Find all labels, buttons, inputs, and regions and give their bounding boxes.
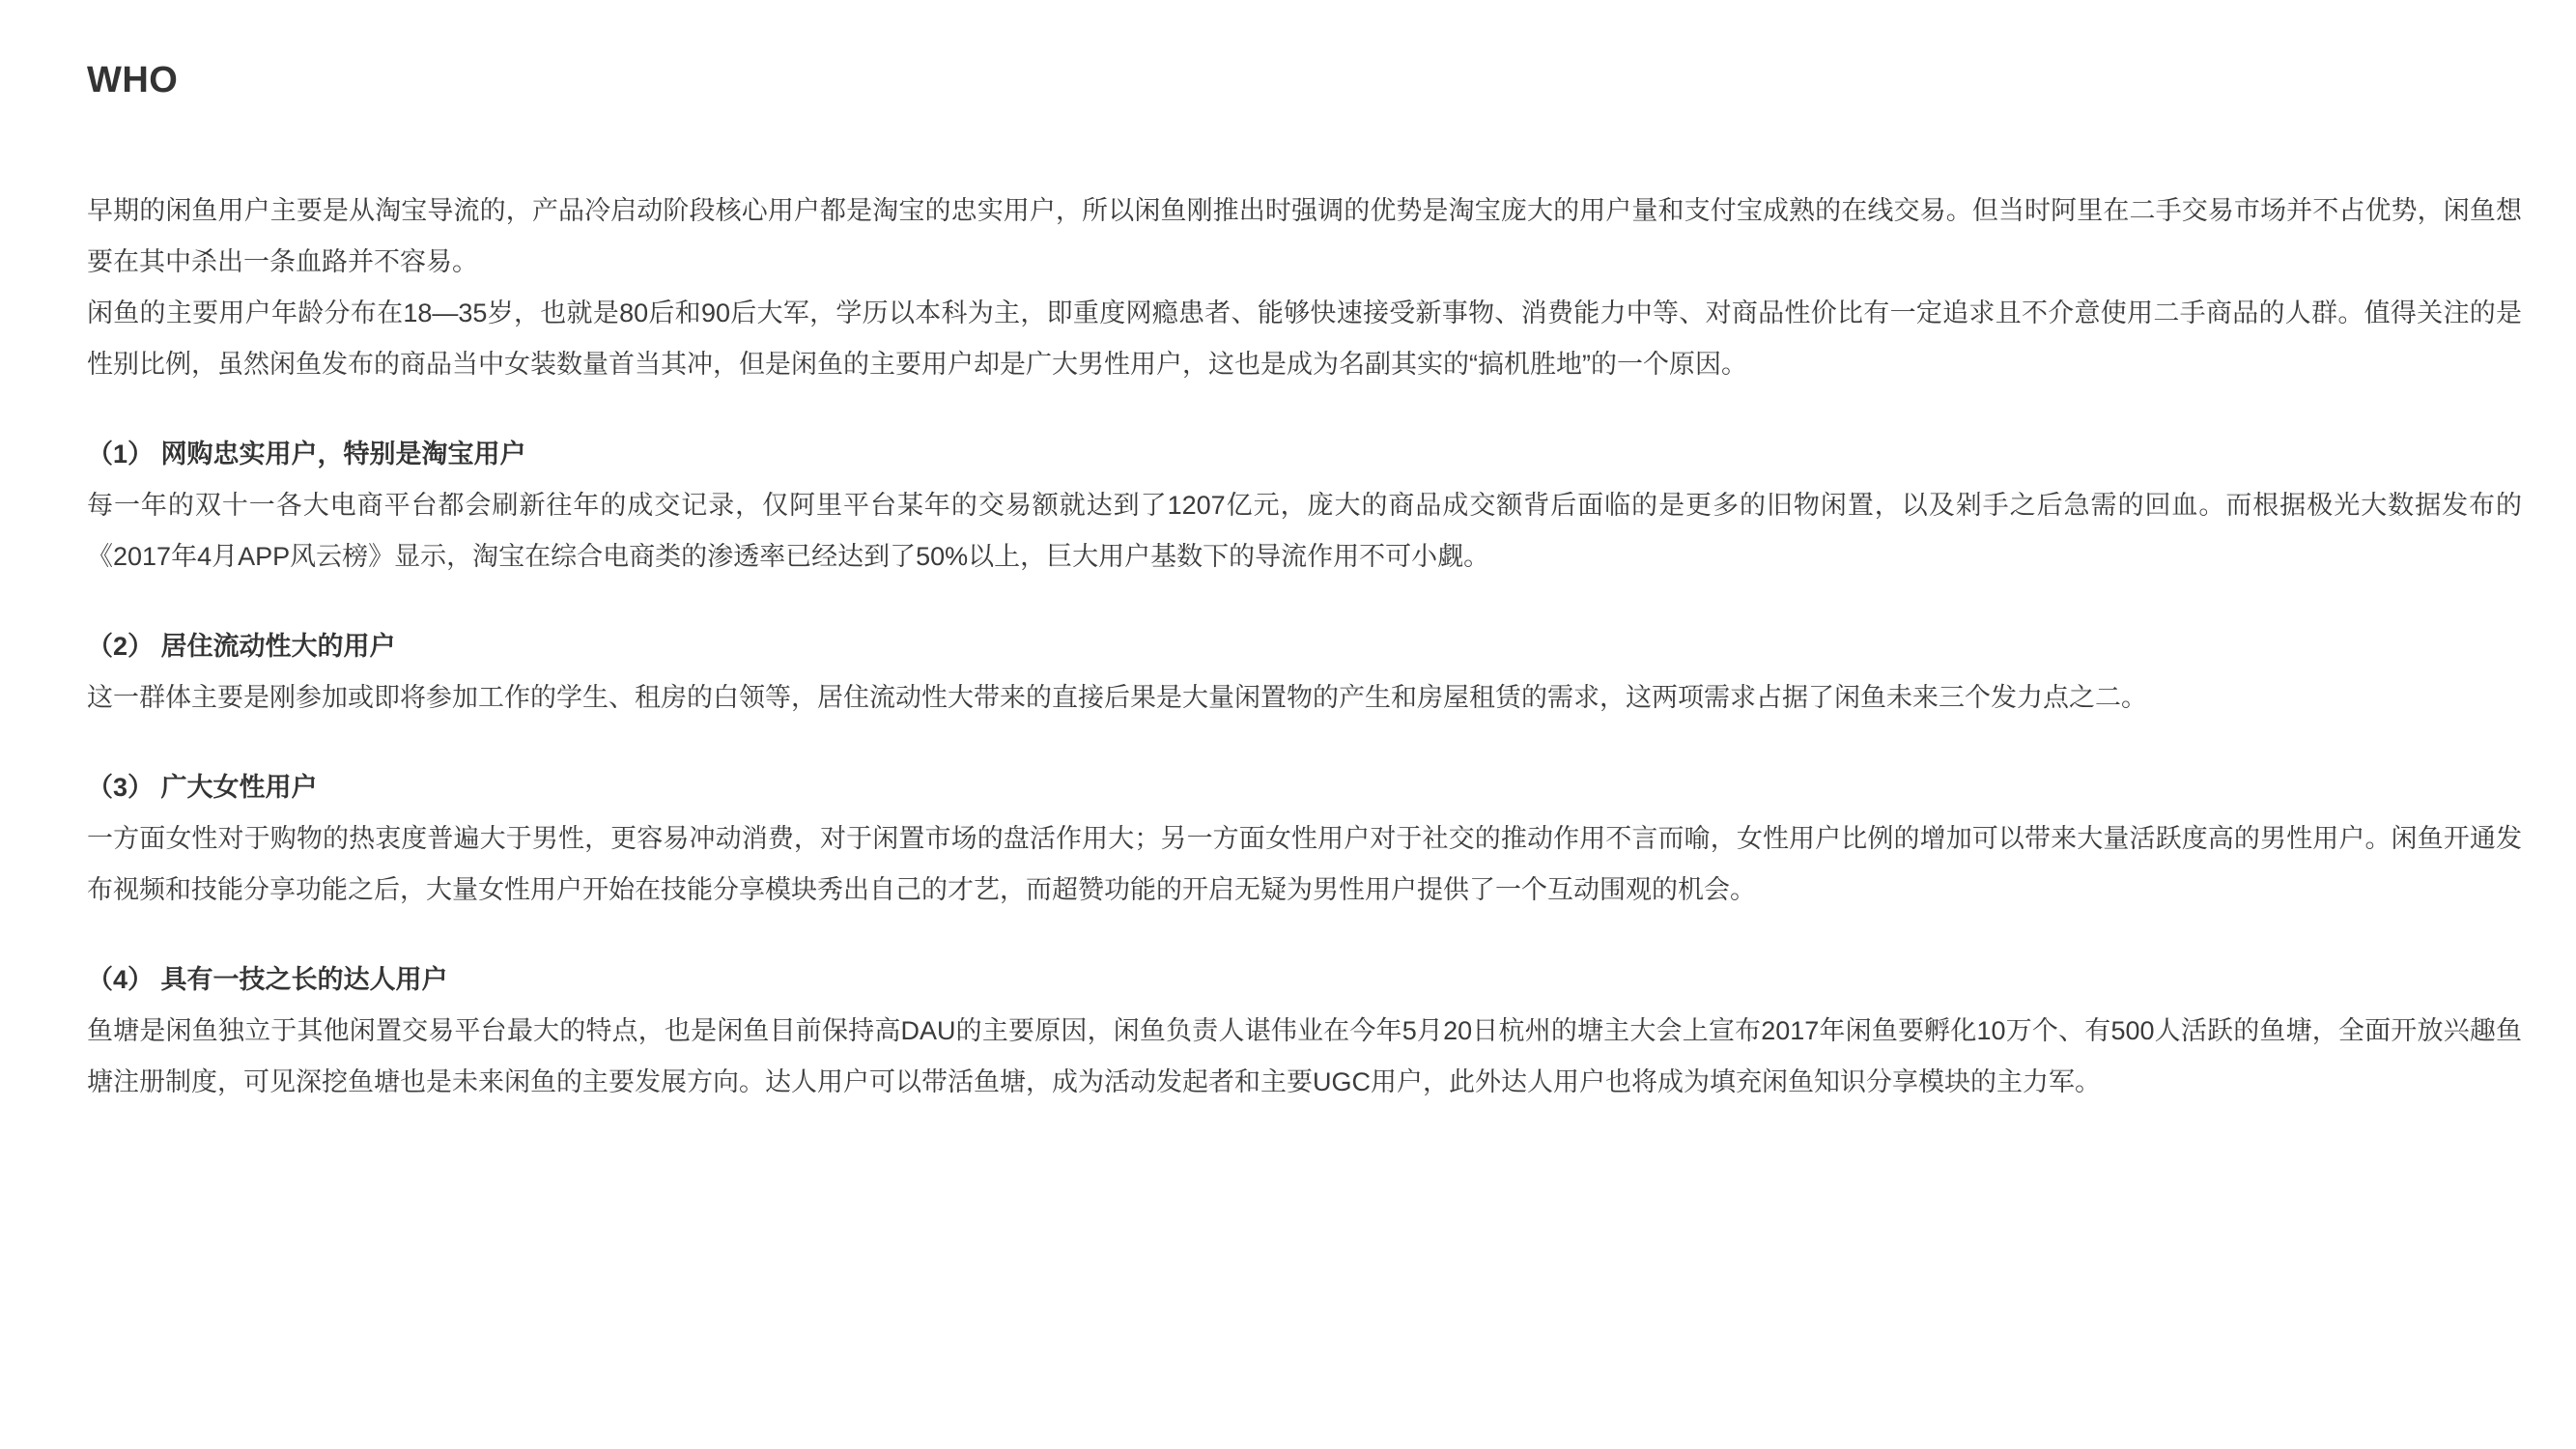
document-background: { "colors": { "background": "#ffffff", "… <box>0 0 2576 1449</box>
section-heading-2: （2） 居住流动性大的用户 <box>87 621 2522 672</box>
section-body-4: 鱼塘是闲鱼独立于其他闲置交易平台最大的特点，也是闲鱼目前保持高DAU的主要原因，… <box>87 1006 2522 1108</box>
section-body-2: 这一群体主要是刚参加或即将参加工作的学生、租房的白领等，居住流动性大带来的直接后… <box>87 672 2522 724</box>
section-talented-users: （4） 具有一技之长的达人用户 鱼塘是闲鱼独立于其他闲置交易平台最大的特点，也是… <box>87 954 2522 1108</box>
intro-block: 早期的闲鱼用户主要是从淘宝导流的，产品冷启动阶段核心用户都是淘宝的忠实用户，所以… <box>87 185 2522 390</box>
document-page: WHO 早期的闲鱼用户主要是从淘宝导流的，产品冷启动阶段核心用户都是淘宝的忠实用… <box>0 0 2576 1449</box>
intro-paragraph-2: 闲鱼的主要用户年龄分布在18—35岁，也就是80后和90后大军，学历以本科为主，… <box>87 288 2522 390</box>
intro-paragraph-1: 早期的闲鱼用户主要是从淘宝导流的，产品冷启动阶段核心用户都是淘宝的忠实用户，所以… <box>87 185 2522 288</box>
section-heading-1: （1） 网购忠实用户，特别是淘宝用户 <box>87 429 2522 480</box>
section-body-1: 每一年的双十一各大电商平台都会刷新往年的成交记录，仅阿里平台某年的交易额就达到了… <box>87 480 2522 582</box>
section-heading-4: （4） 具有一技之长的达人用户 <box>87 954 2522 1006</box>
section-mobile-residents: （2） 居住流动性大的用户 这一群体主要是刚参加或即将参加工作的学生、租房的白领… <box>87 621 2522 724</box>
page-title: WHO <box>87 62 2522 99</box>
section-female-users: （3） 广大女性用户 一方面女性对于购物的热衷度普遍大于男性，更容易冲动消费，对… <box>87 762 2522 916</box>
section-heading-3: （3） 广大女性用户 <box>87 762 2522 813</box>
section-body-3: 一方面女性对于购物的热衷度普遍大于男性，更容易冲动消费，对于闲置市场的盘活作用大… <box>87 813 2522 916</box>
section-loyal-shoppers: （1） 网购忠实用户，特别是淘宝用户 每一年的双十一各大电商平台都会刷新往年的成… <box>87 429 2522 582</box>
